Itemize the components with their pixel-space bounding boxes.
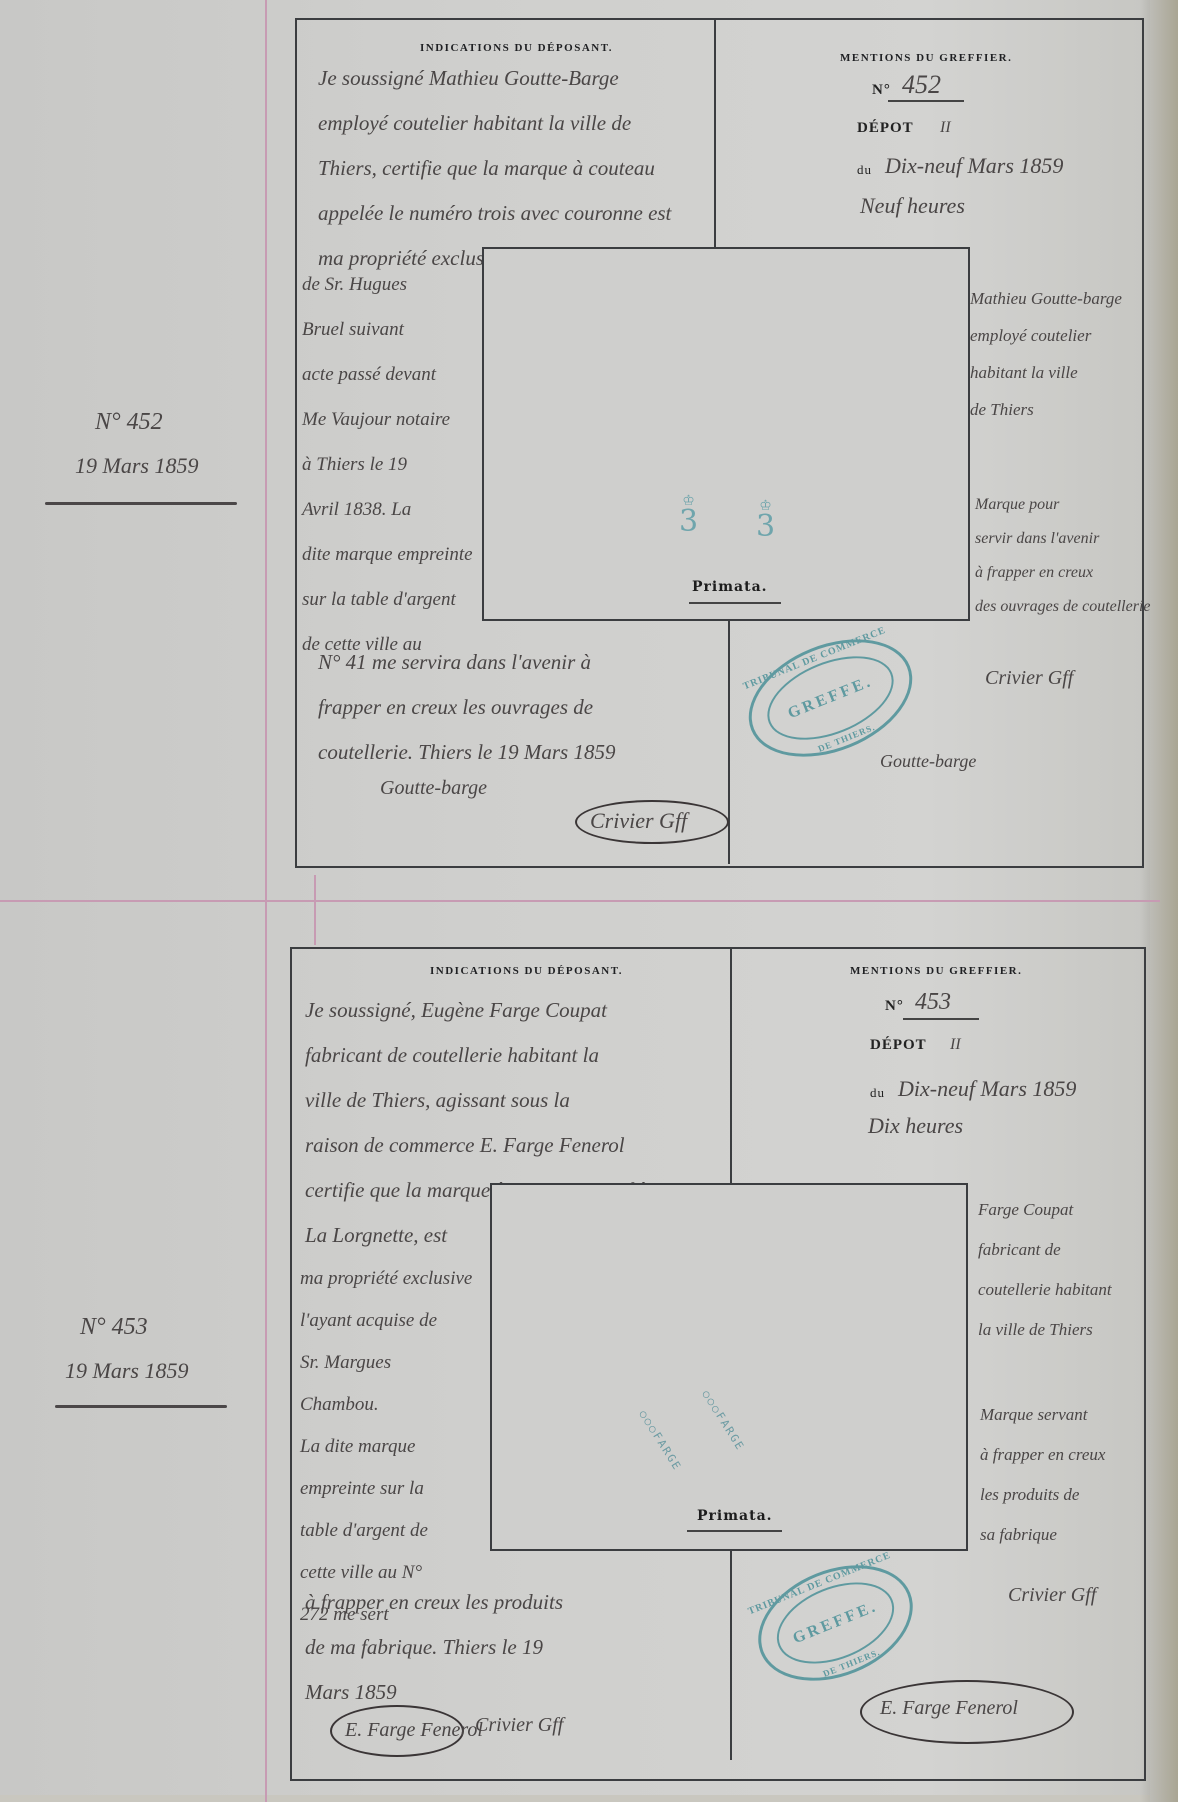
number-label: N° (885, 998, 904, 1015)
text-line: La dite marque (300, 1436, 415, 1457)
depositor-text-side: de Sr. Hugues Bruel suivant acte passé d… (302, 262, 473, 667)
text-line: à Thiers le 19 (302, 454, 407, 475)
text-line: des ouvrages de coutellerie (975, 598, 1151, 615)
text-line: raison de commerce E. Farge Fenerol (305, 1133, 625, 1157)
text-line: à frapper en creux (975, 564, 1093, 581)
text-line: employé coutelier habitant la ville de (318, 111, 631, 135)
text-line: de ma fabrique. Thiers le 19 (305, 1635, 543, 1659)
caption-underline (689, 602, 781, 604)
text-line: Thiers, certifie que la marque à couteau (318, 156, 655, 180)
clerk-purpose: Marque servant à frapper en creux les pr… (980, 1395, 1105, 1555)
text-line: dite marque empreinte (302, 544, 473, 565)
mark-impression-box: ♔ 3 ♔ 3 Primata. (482, 247, 970, 621)
clerk-heading: Mentions du greffier. (840, 52, 1012, 64)
margin-line-horizontal (0, 900, 1160, 902)
text-line: à frapper en creux les produits (305, 1590, 563, 1614)
text-line: appelée le numéro trois avec couronne es… (318, 201, 671, 225)
text-line: Marque servant (980, 1405, 1088, 1424)
text-line: Me Vaujour notaire (302, 409, 450, 430)
number-value: 453 (915, 990, 951, 1014)
text-line: sa fabrique (980, 1525, 1057, 1544)
caption-underline (687, 1530, 782, 1532)
text-line: habitant la ville (970, 363, 1078, 382)
column-divider-upper (714, 20, 716, 255)
text-line: employé coutelier (970, 326, 1091, 345)
clerk-notes: Farge Coupat fabricant de coutellerie ha… (978, 1190, 1112, 1350)
text-line: de Sr. Hugues (302, 274, 407, 295)
depositor-signature: Goutte-barge (380, 778, 487, 798)
margin-rule (45, 502, 237, 505)
clerk-notes: Mathieu Goutte-barge employé coutelier h… (970, 280, 1122, 428)
text-line: de Thiers (970, 400, 1034, 419)
text-line: sur la table d'argent (302, 589, 456, 610)
mark-impression-box: ○○○FARGE ○○○FARGE Primata. (490, 1183, 968, 1551)
depot-mark: II (940, 120, 951, 136)
depositor-text-bottom: à frapper en creux les produits de ma fa… (305, 1580, 563, 1715)
text-line: coutellerie. Thiers le 19 Mars 1859 (318, 740, 615, 764)
margin-number: N° 453 (80, 1315, 148, 1339)
mark-caption: Primata. (692, 579, 768, 595)
clerk-signature-right: Crivier Gff (1008, 1585, 1096, 1605)
text-line: empreinte sur la (300, 1478, 424, 1499)
crown-three-mark-icon: ♔ 3 (679, 494, 698, 536)
text-line: Mars 1859 (305, 1680, 397, 1704)
text-line: l'ayant acquise de (300, 1310, 437, 1331)
date-prefix: du (870, 1085, 885, 1101)
farge-mark-icon: ○○○FARGE (636, 1408, 684, 1473)
depositor-text-bottom: N° 41 me servira dans l'avenir à frapper… (318, 640, 615, 775)
mark-number: 3 (679, 508, 698, 536)
number-underline (888, 100, 964, 102)
text-line: La Lorgnette, est (305, 1223, 447, 1247)
text-line: Marque pour (975, 496, 1059, 513)
text-line: table d'argent de (300, 1520, 428, 1541)
clerk-heading: Mentions du greffier. (850, 965, 1022, 977)
clerk-purpose: Marque pour servir dans l'avenir à frapp… (975, 488, 1151, 624)
signature-flourish (575, 800, 729, 844)
text-line: Mathieu Goutte-barge (970, 289, 1122, 308)
depositor-signature: E. Farge Fenerol (345, 1720, 483, 1740)
text-line: N° 41 me servira dans l'avenir à (318, 650, 591, 674)
margin-date: 19 Mars 1859 (75, 455, 198, 477)
text-line: ville de Thiers, agissant sous la (305, 1088, 570, 1112)
text-line: Je soussigné Mathieu Goutte-Barge (318, 66, 619, 90)
margin-date: 19 Mars 1859 (65, 1360, 188, 1382)
text-line: ma propriété exclusive (300, 1268, 472, 1289)
text-line: frapper en creux les ouvrages de (318, 695, 593, 719)
text-line: fabricant de coutellerie habitant la (305, 1043, 599, 1067)
mark-number: 3 (756, 513, 775, 541)
depot-mark: II (950, 1037, 961, 1053)
text-line: Farge Coupat (978, 1200, 1073, 1219)
column-divider-lower (730, 1545, 732, 1760)
farge-mark-icon: ○○○FARGE (699, 1388, 747, 1453)
crown-three-mark-icon: ♔ 3 (756, 499, 775, 541)
depot-date: Dix-neuf Mars 1859 (885, 155, 1063, 177)
text-line: la ville de Thiers (978, 1320, 1093, 1339)
depositor-signature-right: Goutte-barge (880, 752, 976, 770)
depositor-heading: Indications du déposant. (420, 42, 613, 54)
depositor-heading: Indications du déposant. (430, 965, 623, 977)
depot-label: DÉPOT (870, 1037, 927, 1054)
clerk-signature: Crivier Gff (475, 1715, 563, 1735)
number-underline (903, 1018, 979, 1020)
text-line: Avril 1838. La (302, 499, 411, 520)
depot-date: Dix-neuf Mars 1859 (898, 1078, 1076, 1100)
column-divider-lower (728, 620, 730, 864)
text-line: Bruel suivant (302, 319, 404, 340)
number-value: 452 (902, 72, 941, 98)
text-line: à frapper en creux (980, 1445, 1105, 1464)
depositor-signature-right: E. Farge Fenerol (880, 1698, 1018, 1718)
column-divider-upper (730, 949, 732, 1184)
text-line: Sr. Margues (300, 1352, 391, 1373)
mark-caption: Primata. (697, 1508, 773, 1524)
text-line: les produits de (980, 1485, 1079, 1504)
margin-number: N° 452 (95, 410, 163, 434)
date-prefix: du (857, 162, 872, 178)
depot-time: Neuf heures (860, 195, 965, 217)
text-line: acte passé devant (302, 364, 436, 385)
number-label: N° (872, 82, 891, 99)
clerk-signature-right: Crivier Gff (985, 668, 1073, 688)
text-line: fabricant de (978, 1240, 1061, 1259)
text-line: Chambou. (300, 1394, 379, 1415)
text-line: Je soussigné, Eugène Farge Coupat (305, 998, 607, 1022)
text-line: coutellerie habitant (978, 1280, 1112, 1299)
margin-rule (55, 1405, 227, 1408)
margin-line-short (314, 875, 316, 945)
depot-time: Dix heures (868, 1115, 963, 1137)
text-line: servir dans l'avenir (975, 530, 1099, 547)
depot-label: DÉPOT (857, 120, 914, 137)
